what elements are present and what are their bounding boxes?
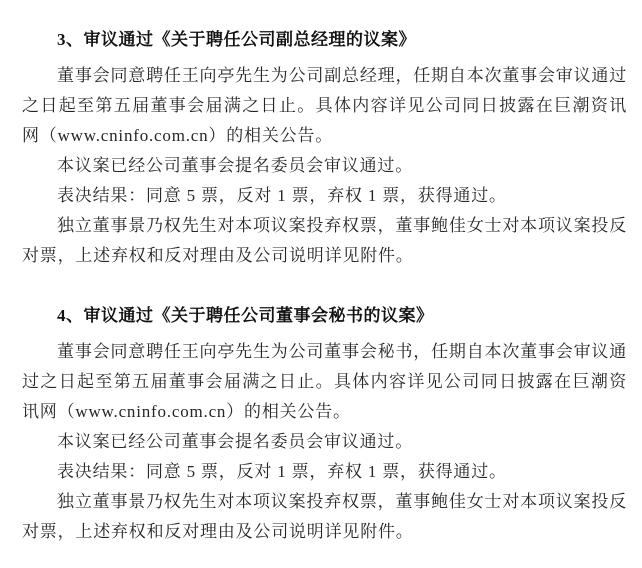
nomination-committee-paragraph: 本议案已经公司董事会提名委员会审议通过。 <box>22 427 627 457</box>
dissent-note-paragraph: 独立董事景乃权先生对本项议案投弃权票，董事鲍佳女士对本项议案投反对票，上述弃权和… <box>22 211 627 271</box>
document-page: 3、审议通过《关于聘任公司副总经理的议案》 董事会同意聘任王向亭先生为公司副总经… <box>0 0 642 568</box>
resolution-item-4-heading: 4、审议通过《关于聘任公司董事会秘书的议案》 <box>22 301 627 331</box>
appointment-paragraph: 董事会同意聘任王向亭先生为公司副总经理，任期自本次董事会审议通过之日起至第五届董… <box>22 61 627 151</box>
voting-result-paragraph: 表决结果：同意 5 票，反对 1 票，弃权 1 票，获得通过。 <box>22 181 627 211</box>
nomination-committee-paragraph: 本议案已经公司董事会提名委员会审议通过。 <box>22 151 627 181</box>
resolution-item-4-section: 4、审议通过《关于聘任公司董事会秘书的议案》 董事会同意聘任王向亭先生为公司董事… <box>22 301 627 547</box>
dissent-note-paragraph: 独立董事景乃权先生对本项议案投弃权票，董事鲍佳女士对本项议案投反对票，上述弃权和… <box>22 487 627 547</box>
resolution-item-3-heading: 3、审议通过《关于聘任公司副总经理的议案》 <box>22 25 627 55</box>
appointment-paragraph: 董事会同意聘任王向亭先生为公司董事会秘书，任期自本次董事会审议通过之日起至第五届… <box>22 337 627 427</box>
resolution-item-3-section: 3、审议通过《关于聘任公司副总经理的议案》 董事会同意聘任王向亭先生为公司副总经… <box>22 25 627 271</box>
voting-result-paragraph: 表决结果：同意 5 票，反对 1 票，弃权 1 票，获得通过。 <box>22 457 627 487</box>
